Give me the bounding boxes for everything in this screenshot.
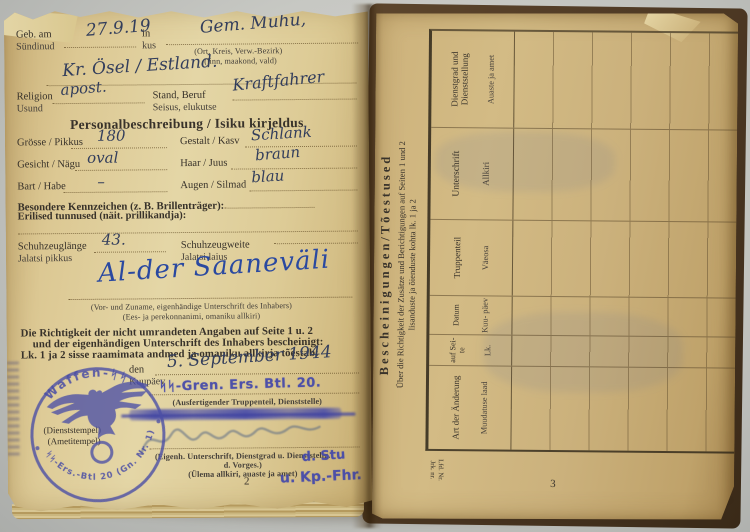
beruf-value: Kraftfahrer: [232, 67, 325, 95]
binding-gutter: [352, 4, 382, 528]
signature-hint-et: (Ees- ja perekonnanimi, omaniku allkiri): [26, 311, 356, 323]
right-page-number: 3: [550, 478, 556, 490]
religion-label: ReligionUsund: [17, 91, 53, 114]
schuhlaenge-label: SchuhzeuglängeJalatsi pikkus: [18, 241, 87, 265]
table-cells: [513, 129, 737, 222]
stamp-arc-bottom: ᛋᛋ-Ers.-Btl 20 (Gn. Nr. 1): [42, 426, 166, 494]
bart-label: Bart / Habe: [17, 181, 66, 193]
unit-stamp-text: ᛋᛋ-Gren. Ers. Btl. 20.: [159, 375, 322, 394]
haar-value: braun: [254, 143, 300, 164]
left-page: Geb. amSündinud 27.9.19 inkus Gem. Muhu,…: [4, 4, 372, 513]
haar-label: Haar / Juus: [180, 158, 227, 170]
column-art-der-aenderung: Art der ÄnderungMuudatuse laad: [428, 365, 735, 452]
table-cells: [512, 336, 735, 368]
groesse-value: 180: [97, 127, 126, 145]
augen-label: Augen / Silmad: [180, 179, 246, 191]
augen-value: blau: [251, 166, 285, 186]
gestalt-value: Schlank: [250, 123, 312, 145]
column-auf-seite: auf Sei- teLk.: [429, 334, 735, 368]
table-cells: [514, 32, 738, 130]
right-page: Bescheinigungen/Tõestused Über die Richt…: [372, 10, 738, 521]
gestalt-label: Gestalt / Kasv: [180, 136, 240, 148]
margin-stamp-mark: [7, 359, 20, 455]
birth-place-line2: Kr. Ösel / Estland.: [62, 52, 218, 81]
birth-place-label: inkus: [142, 28, 156, 51]
gesicht-label: Gesicht / Nägu: [17, 159, 80, 171]
beruf-label: Stand, BerufSeisus, elukutse: [153, 90, 217, 113]
kennzeichen-label-et: Erilised tunnused (näit. prillikandja):: [18, 210, 187, 222]
birth-date-label: Geb. amSündinud: [16, 29, 55, 52]
column-unterschrift: UnterschriftAllkiri: [430, 127, 737, 222]
schuhlaenge-value: 43.: [102, 231, 126, 249]
column-datum: DatumKuu- päev: [429, 295, 735, 337]
svg-text:ᛋᛋ-Ers.-Btl 20 (Gn. Nr. 1): ᛋᛋ-Ers.-Btl 20 (Gn. Nr. 1): [42, 426, 166, 494]
column-dienstgrad: Dienstgrad und DienststellungAuaste ja a…: [431, 31, 738, 130]
bart-value: –: [97, 173, 105, 191]
column-truppenteil: TruppenteilVäeosa: [430, 219, 737, 298]
certifications-table: Art der ÄnderungMuudatuse laad auf Sei- …: [425, 29, 738, 454]
rank-stamp-line2: u. Kp.-Fhr.: [280, 467, 363, 487]
round-stamp: Waffen-ᛋᛋ ᛋᛋ-Ers.-Btl 20 (Gn. Nr. 1): [0, 333, 198, 532]
birth-place-value: Gem. Muhu,: [199, 10, 306, 38]
rank-stamp-line1: d. Stu: [301, 448, 345, 466]
photo-of-military-id-book: Geb. amSündinud 27.9.19 inkus Gem. Muhu,…: [0, 0, 750, 532]
table-cells: [512, 297, 735, 337]
column-lfd-nr: Lfd. Nr.Jrk. nr.: [428, 455, 444, 485]
left-page-number: 2: [244, 475, 250, 487]
gesicht-value: oval: [87, 149, 118, 167]
religion-value: apost.: [60, 78, 107, 100]
table-cells: [513, 221, 737, 298]
table-cells: [511, 367, 735, 452]
personal-heading: Personalbeschreibung / Isiku kirjeldus: [5, 114, 369, 133]
rotated-page-content: Bescheinigungen/Tõestused Über die Richt…: [372, 10, 738, 521]
